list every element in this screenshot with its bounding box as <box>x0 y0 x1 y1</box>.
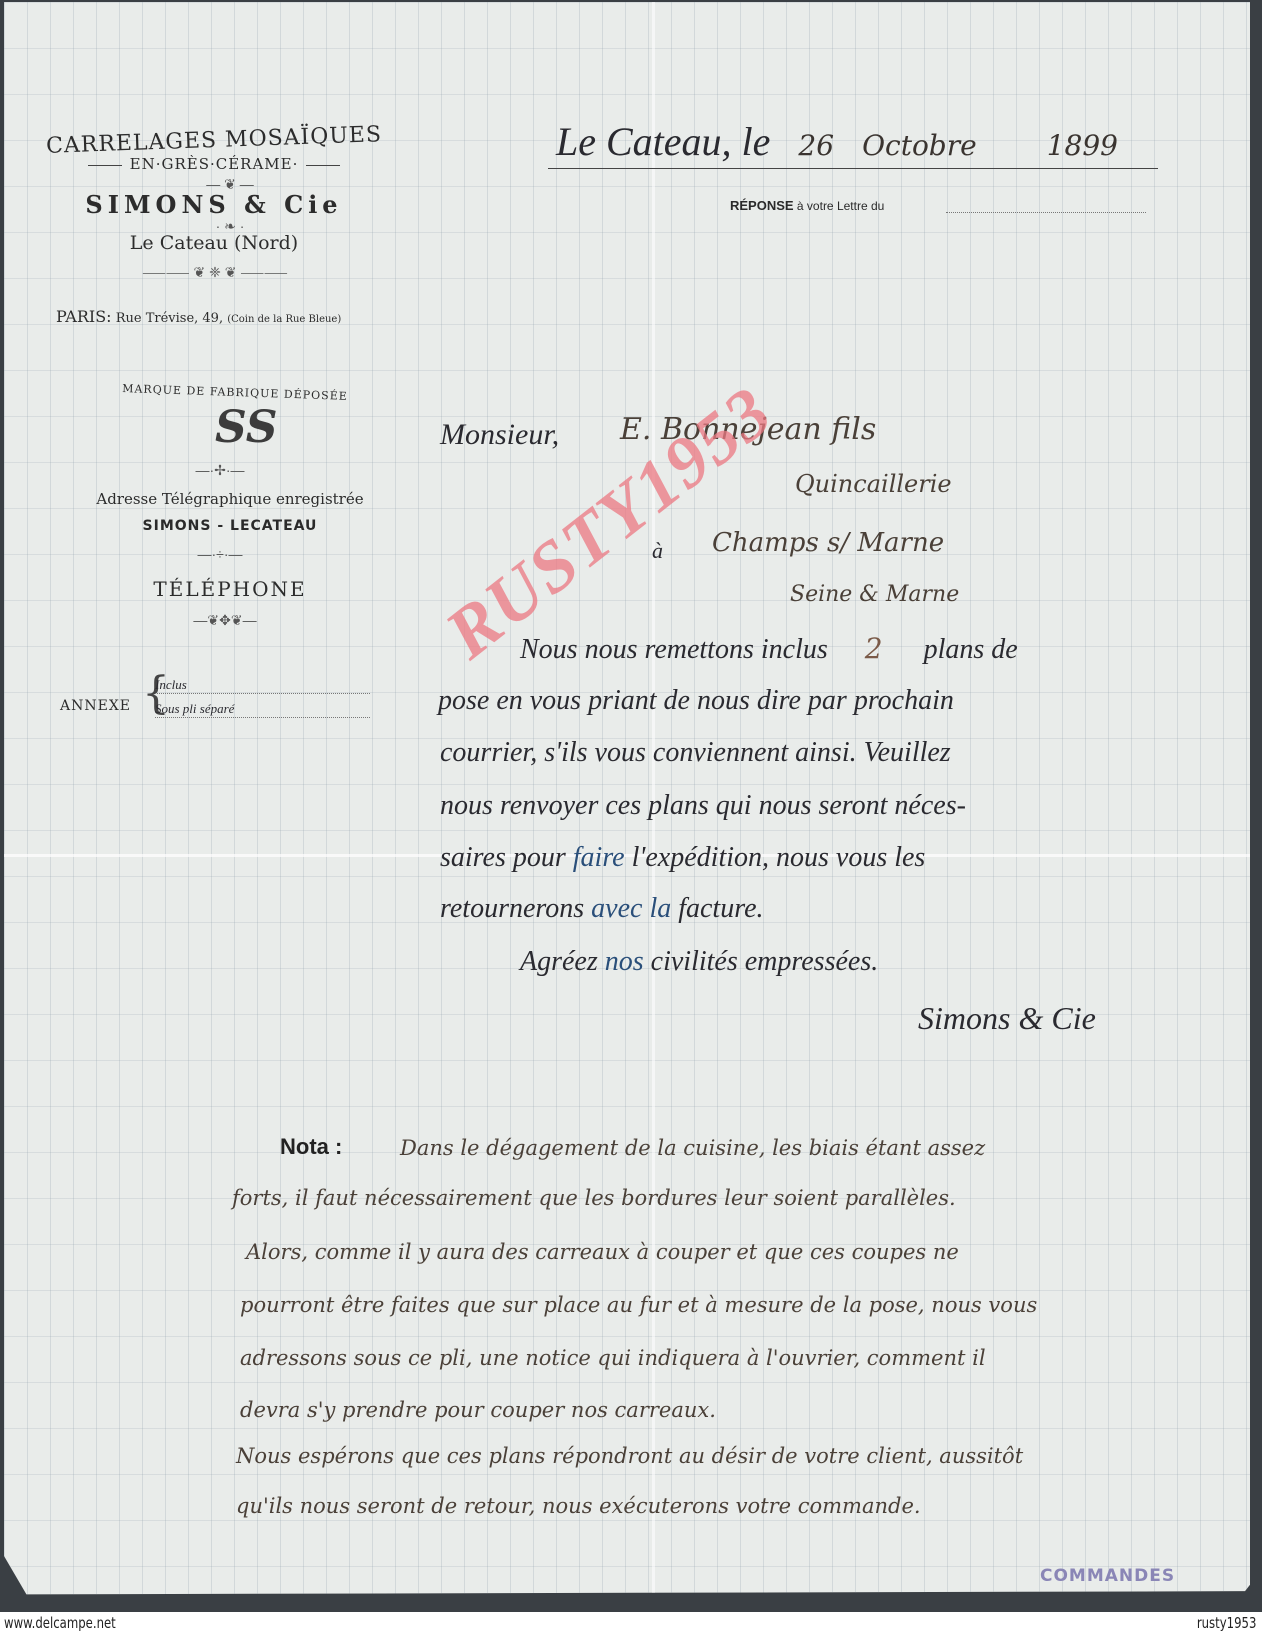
footer-seller-name: rusty1953 <box>1196 1614 1256 1632</box>
body-line-5: saires pour faire l'expédition, nous vou… <box>440 833 925 882</box>
plans-count: 2 <box>865 632 883 665</box>
reply-prefix: RÉPONSE <box>730 198 794 213</box>
letterhead-subtitle: EN·GRÈS·CÉRAME· <box>28 155 400 173</box>
nota-line-8: qu'ils nous seront de retour, nous exécu… <box>236 1494 921 1518</box>
body-line-2: pose en vous priant de nous dire par pro… <box>438 676 954 725</box>
reply-text: à votre Lettre du <box>797 199 884 213</box>
nota-line-1: Dans le dégagement de la cuisine, les bi… <box>400 1136 985 1160</box>
annex-label: ANNEXE <box>60 698 131 714</box>
body-line-1: Nous nous remettons inclus 2 plans de <box>520 624 1018 674</box>
body-line-6: retournerons avec la facture. <box>440 884 764 933</box>
ornament-fleur-icon: —❦✥❦— <box>160 612 290 629</box>
body-text: plans de <box>924 634 1018 665</box>
recipient-department: Seine & Marne <box>790 582 959 607</box>
body-text-blue: avec la <box>591 893 671 924</box>
body-text: retournerons <box>440 893 584 924</box>
closing-line: Agréez nos civilités empressées. <box>520 937 878 986</box>
annex-item-inclus: Inclus <box>155 677 370 694</box>
body-text: Agréez <box>520 946 598 977</box>
place-and-date: Le Cateau, le 26 Octobre 1899 <box>556 118 1156 165</box>
body-text: Nous nous remettons inclus <box>520 634 828 665</box>
body-text-blue: faire <box>573 842 625 873</box>
annex-item-sous-pli: Sous pli séparé <box>155 701 370 718</box>
ornament-dot-icon: —·÷·— <box>170 546 270 562</box>
nota-line-7: Nous espérons que ces plans répondront a… <box>236 1444 1023 1468</box>
body-line-3: courrier, s'ils vous conviennent ainsi. … <box>440 728 951 777</box>
signature: Simons & Cie <box>918 1000 1096 1037</box>
nota-label: Nota : <box>280 1134 342 1160</box>
salutation: Monsieur, <box>440 418 559 452</box>
body-text: l'expédition, nous vous les <box>632 842 926 873</box>
telephone-heading: TÉLÉPHONE <box>40 577 420 601</box>
nota-line-2: forts, il faut nécessairement que les bo… <box>232 1186 956 1210</box>
body-text-blue: nos <box>605 946 644 977</box>
letterhead-city: Le Cateau (Nord) <box>28 232 400 254</box>
commandes-stamp: COMMANDES <box>1040 1566 1175 1586</box>
telegraph-label: Adresse Télégraphique enregistrée <box>40 490 420 508</box>
body-text: civilités empressées. <box>651 946 879 977</box>
ornament-small-icon: —·✢·— <box>160 462 280 479</box>
paris-corner: (Coin de la Rue Bleue) <box>227 314 341 325</box>
nota-line-5: adressons sous ce pli, une notice qui in… <box>240 1346 986 1370</box>
body-text: saires pour <box>440 842 566 873</box>
paris-label: PARIS: <box>56 307 112 326</box>
date-year: 1899 <box>1047 129 1118 162</box>
letterhead-paris-address: PARIS: Rue Trévise, 49, (Coin de la Rue … <box>56 307 341 326</box>
recipient-town: Champs s/ Marne <box>712 528 944 558</box>
date-underline <box>548 168 1158 169</box>
footer-site-link[interactable]: www.delcampe.net <box>4 1614 116 1632</box>
place: Le Cateau, le <box>556 119 770 164</box>
date-month: Octobre <box>862 129 977 162</box>
body-text: facture. <box>678 893 763 924</box>
reply-reference: RÉPONSE à votre Lettre du <box>730 198 884 213</box>
nota-line-6: devra s'y prendre pour couper nos carrea… <box>240 1398 716 1422</box>
nota-line-4: pourront être faites que sur place au fu… <box>240 1293 1037 1317</box>
body-line-4: nous renvoyer ces plans qui nous seront … <box>440 781 966 830</box>
letterhead-firm-name: SIMONS & Cie <box>28 190 400 219</box>
ornament-divider-icon: ⸺⸺ ❦ ❈ ❦ ⸺⸺ <box>80 262 350 282</box>
reply-date-blank <box>946 212 1146 213</box>
recipient-at: à <box>652 538 663 564</box>
recipient-trade: Quincaillerie <box>795 470 952 498</box>
telegraph-address: SIMONS - LECATEAU <box>40 518 420 534</box>
trademark-monogram-icon: SS <box>215 402 278 453</box>
paris-street: Rue Trévise, 49, <box>116 311 223 326</box>
date-day: 26 <box>798 129 834 162</box>
nota-line-3: Alors, comme il y aura des carreaux à co… <box>246 1240 959 1264</box>
